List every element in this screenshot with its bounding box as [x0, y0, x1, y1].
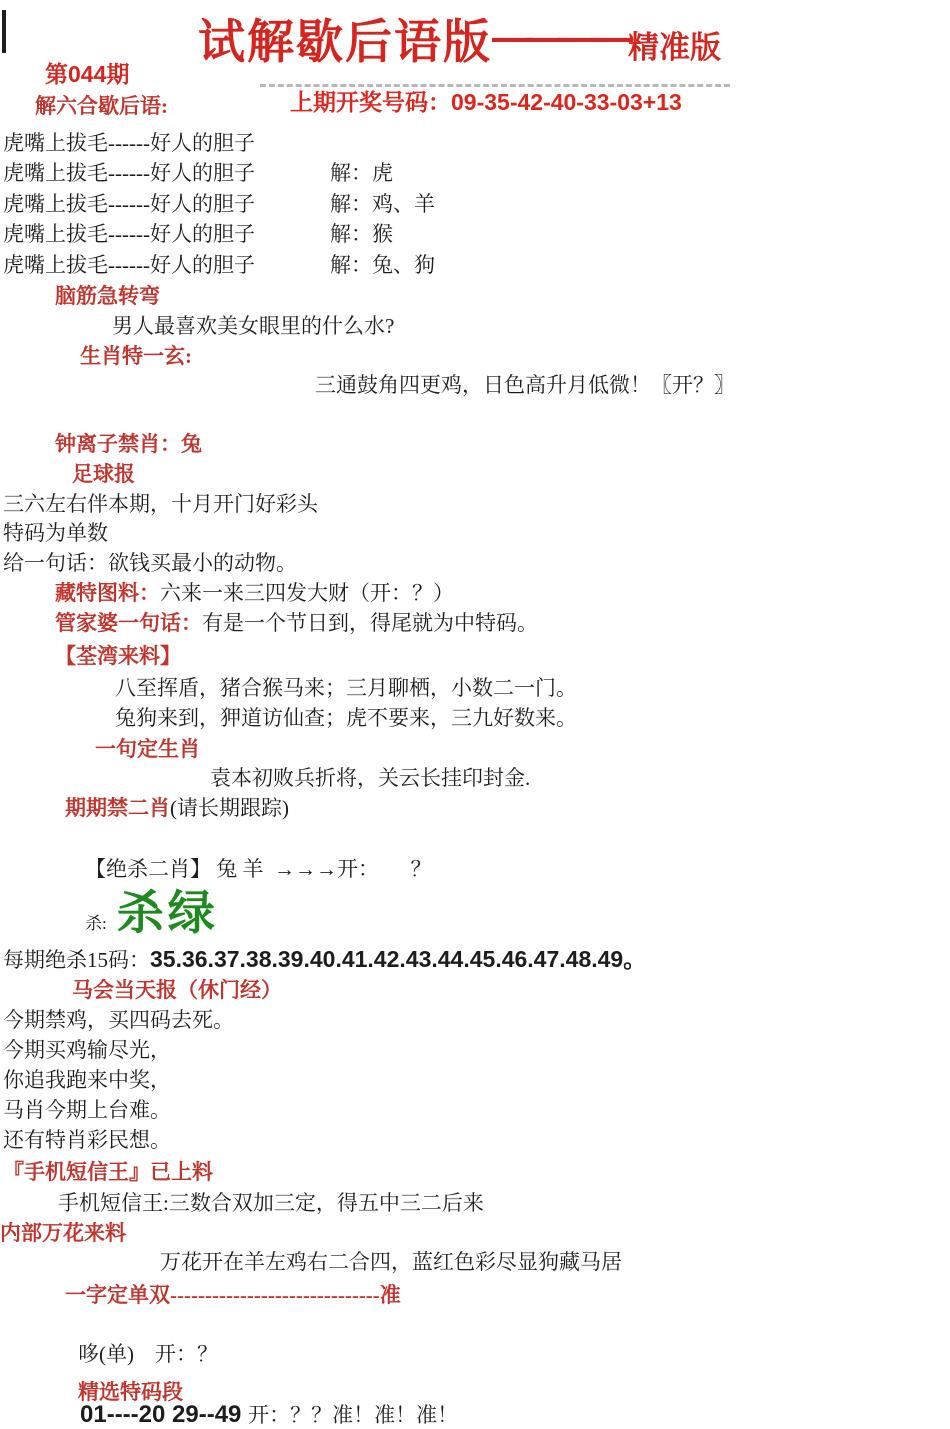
riddle-question: 虎嘴上拔毛------好人的胆子	[3, 222, 255, 246]
zhongli-ban-text: 钟离子禁肖：兔	[55, 432, 202, 457]
riddle-question: 虎嘴上拔毛------好人的胆子	[3, 161, 255, 185]
kill-color-value: 杀绿	[117, 886, 219, 939]
kill-15-codes-label: 每期绝杀15码：	[3, 948, 150, 972]
riddle-question: 虎嘴上拔毛------好人的胆子	[3, 131, 255, 155]
kill-15-codes-line: 每期绝杀15码：35.36.37.38.39.40.41.42.43.44.45…	[3, 946, 646, 973]
duo-single-line: 哆(单) 开：？	[78, 1342, 218, 1367]
hidden-tip-text: 六来一来三四发大财（开：？）	[160, 581, 454, 605]
daily-report-line: 你追我跑来中奖，	[3, 1068, 171, 1093]
riddle-row: 虎嘴上拔毛------好人的胆子解：猴	[3, 222, 903, 247]
daily-report-line: 今期买鸡输尽光，	[3, 1038, 171, 1063]
issue-number: 第044期	[45, 61, 129, 88]
period-ban-note: (请长期跟踪)	[170, 796, 289, 820]
zodiac-mystery-verse: 三通鼓角四更鸡，日色高升月低微！〖开？〗	[315, 373, 735, 398]
zodiac-mystery-label: 生肖特一玄:	[80, 344, 192, 369]
page-title-suffix: 精准版	[628, 30, 721, 65]
kill-15-codes-numbers: 35.36.37.38.39.40.41.42.43.44.45.46.47.4…	[150, 946, 646, 972]
riddle-question: 虎嘴上拔毛------好人的胆子	[3, 192, 255, 216]
period-ban-label: 期期禁二肖	[65, 796, 170, 820]
riddle-answer: 解：鸡、羊	[330, 192, 435, 217]
inner-tip-label: 内部万花来料	[0, 1221, 126, 1246]
riddle-answer: 解：兔、狗	[330, 253, 435, 278]
tsuen-wan-line: 八至挥盾，猪合猴马来；三月聊栖，小数二一门。	[115, 676, 577, 701]
special-range-result: 开：？？准！准！准！	[248, 1403, 458, 1427]
solve-section-label: 解六合歇后语:	[35, 94, 168, 119]
riddle-row: 虎嘴上拔毛------好人的胆子	[3, 131, 903, 156]
sms-king-text: 手机短信王:三数合双加三定，得五中三二后来	[58, 1191, 484, 1216]
one-line-zodiac-label: 一句定生肖	[95, 737, 200, 762]
riddle-row: 虎嘴上拔毛------好人的胆子解：兔、狗	[3, 253, 903, 278]
title-dash: ————	[492, 13, 624, 60]
housekeeper-tip-line: 管家婆一句话：有是一个节日到，得尾就为中特码。	[55, 611, 538, 636]
single-double-line: 一字定单双------------------------------准	[65, 1283, 401, 1308]
last-draw-numbers: 上期开奖号码：09-35-42-40-33-03+13	[290, 89, 682, 116]
riddle-row: 虎嘴上拔毛------好人的胆子解：鸡、羊	[3, 192, 903, 217]
daily-report-line: 还有特肖彩民想。	[3, 1128, 171, 1153]
one-line-zodiac-verse: 袁本初败兵折将，关云长挂印封金.	[210, 766, 530, 791]
housekeeper-tip-text: 有是一个节日到，得尾就为中特码。	[202, 611, 538, 635]
brain-teaser-label: 脑筋急转弯	[55, 284, 160, 309]
riddle-question: 虎嘴上拔毛------好人的胆子	[3, 253, 255, 277]
inner-tip-text: 万花开在羊左鸡右二合四，蓝红色彩尽显狗藏马居	[160, 1250, 622, 1275]
daily-report-label: 马会当天报（休门经）	[72, 978, 282, 1003]
daily-report-line: 今期禁鸡，买四码去死。	[3, 1008, 234, 1033]
page-title-main: 试解歇后语版	[198, 15, 492, 68]
special-range-numbers: 01----20 29--49	[80, 1401, 248, 1428]
kill-color-prefix: 杀:	[85, 914, 107, 933]
football-report-line: 特码为单数	[3, 521, 108, 546]
period-ban-line: 期期禁二肖(请长期跟踪)	[65, 796, 289, 821]
title-underline-artifact	[260, 84, 730, 87]
riddle-answer: 解：虎	[330, 161, 393, 186]
sms-king-label: 『手机短信王』已上料	[3, 1160, 213, 1185]
tsuen-wan-line: 兔狗来到，狎道访仙查；虎不要来，三九好数来。	[115, 706, 577, 731]
kill-two-zodiac-text: 【绝杀二肖】 兔 羊 →→→开： ？	[85, 857, 432, 882]
kill-color-line: 杀:杀绿	[85, 885, 219, 940]
scan-artifact-tick	[2, 10, 6, 53]
hidden-tip-label: 藏特图料：	[55, 581, 160, 605]
page-title: 试解歇后语版————精准版	[198, 14, 721, 69]
special-range-line: 01----20 29--49 开：？？准！准！准！	[80, 1401, 458, 1429]
riddle-row: 虎嘴上拔毛------好人的胆子解：虎	[3, 161, 903, 186]
football-report-line: 给一句话：欲钱买最小的动物。	[3, 551, 297, 576]
riddle-answer: 解：猴	[330, 222, 393, 247]
football-report-label: 足球报	[72, 462, 135, 487]
hidden-tip-line: 藏特图料：六来一来三四发大财（开：？）	[55, 581, 454, 606]
housekeeper-tip-label: 管家婆一句话：	[55, 611, 202, 635]
daily-report-line: 马肖今期上台难。	[3, 1098, 171, 1123]
tsuen-wan-label: 【荃湾来料】	[55, 644, 181, 669]
brain-teaser-question: 男人最喜欢美女眼里的什么水?	[112, 314, 394, 339]
football-report-line: 三六左右伴本期，十月开门好彩头	[3, 492, 318, 517]
